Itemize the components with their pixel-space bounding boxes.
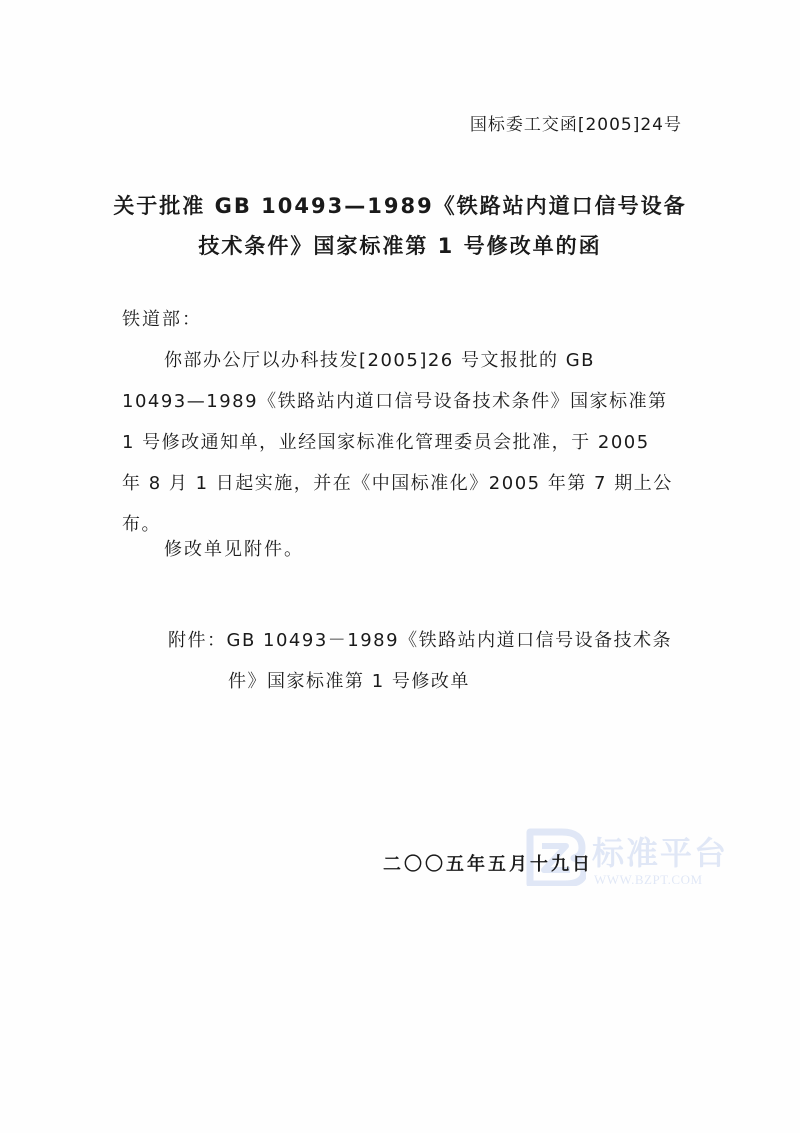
document-page: 国标委工交函[2005]24号 关于批准 GB 10493—1989《铁路站内道… bbox=[0, 0, 800, 1133]
title-line-1: 关于批准 GB 10493—1989《铁路站内道口信号设备 bbox=[0, 186, 800, 226]
document-number: 国标委工交函[2005]24号 bbox=[470, 110, 682, 135]
watermark-text: 标准平台 bbox=[592, 828, 728, 874]
amendment-note: 修改单见附件。 bbox=[164, 535, 304, 561]
document-title: 关于批准 GB 10493—1989《铁路站内道口信号设备 技术条件》国家标准第… bbox=[0, 186, 800, 266]
attachment-block: 附件：GB 10493－1989《铁路站内道口信号设备技术条 件》国家标准第 1… bbox=[168, 620, 672, 702]
body-line-1: 你部办公厅以办科技发[2005]26 号文报批的 GB bbox=[122, 340, 690, 381]
body-line-2: 10493—1989《铁路站内道口信号设备技术条件》国家标准第 bbox=[122, 381, 690, 422]
attachment-line-1: 附件：GB 10493－1989《铁路站内道口信号设备技术条 bbox=[168, 620, 672, 661]
document-date: 二〇〇五年五月十九日 bbox=[383, 850, 593, 876]
body-paragraph: 你部办公厅以办科技发[2005]26 号文报批的 GB 10493—1989《铁… bbox=[122, 340, 690, 545]
body-line-3: 1 号修改通知单，业经国家标准化管理委员会批准，于 2005 bbox=[122, 422, 690, 463]
attachment-line-2: 件》国家标准第 1 号修改单 bbox=[168, 661, 672, 702]
watermark-url: WWW.BZPT.COM bbox=[594, 872, 703, 888]
body-line-4: 年 8 月 1 日起实施，并在《中国标准化》2005 年第 7 期上公 bbox=[122, 463, 690, 504]
title-line-2: 技术条件》国家标准第 1 号修改单的函 bbox=[0, 226, 800, 266]
addressee: 铁道部： bbox=[122, 305, 202, 331]
